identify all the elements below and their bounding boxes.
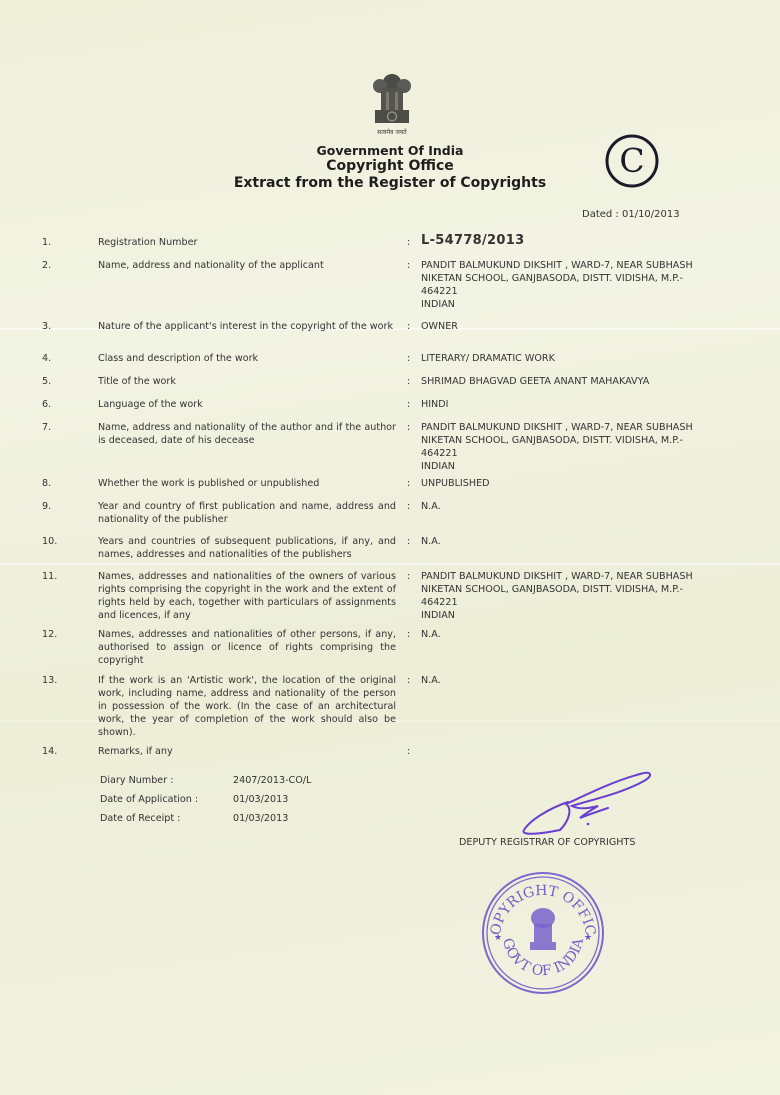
entry-label: Language of the work (98, 398, 396, 411)
entry-value: OWNER (421, 320, 721, 333)
diary-key: Diary Number : (100, 775, 230, 786)
entry-number: 6. (42, 398, 82, 411)
entry-value-line: N.A. (421, 500, 721, 513)
entry-value: UNPUBLISHED (421, 477, 721, 490)
entry-separator: : (407, 236, 410, 249)
entry-number: 11. (42, 570, 82, 583)
entry-number: 5. (42, 375, 82, 388)
entry-value: PANDIT BALMUKUND DIKSHIT , WARD-7, NEAR … (421, 259, 721, 311)
diary-key: Date of Receipt : (100, 813, 230, 824)
entry-number: 1. (42, 236, 82, 249)
entry-value-line: N.A. (421, 674, 721, 687)
entry-label: Name, address and nationality of the app… (98, 259, 396, 272)
entry-separator: : (407, 375, 410, 388)
entry-value-line: OWNER (421, 320, 721, 333)
entry-separator: : (407, 745, 410, 758)
entry-label: Title of the work (98, 375, 396, 388)
entry-value: N.A. (421, 674, 721, 687)
entry-value: N.A. (421, 535, 721, 548)
entry-separator: : (407, 628, 410, 641)
entry-label: Years and countries of subsequent public… (98, 535, 396, 561)
entry-value-line: HINDI (421, 398, 721, 411)
entry-value-line: PANDIT BALMUKUND DIKSHIT , WARD-7, NEAR … (421, 570, 721, 583)
entry-label: Nature of the applicant's interest in th… (98, 320, 396, 333)
entry-label: Year and country of first publication an… (98, 500, 396, 526)
signature-icon (510, 760, 660, 844)
entry-value: N.A. (421, 500, 721, 513)
entry-value-line: N.A. (421, 628, 721, 641)
entry-value-line: SHRIMAD BHAGVAD GEETA ANANT MAHAKAVYA (421, 375, 721, 388)
entry-value-line: UNPUBLISHED (421, 477, 721, 490)
entry-number: 13. (42, 674, 82, 687)
entry-label: Registration Number (98, 236, 396, 249)
entry-number: 14. (42, 745, 82, 758)
entry-label: Names, addresses and nationalities of ot… (98, 628, 396, 667)
registration-number: L-54778/2013 (421, 234, 721, 247)
entry-label: Names, addresses and nationalities of th… (98, 570, 396, 622)
svg-text:C: C (619, 141, 644, 180)
entry-separator: : (407, 477, 410, 490)
entry-number: 2. (42, 259, 82, 272)
entry-number: 8. (42, 477, 82, 490)
signatory-title: DEPUTY REGISTRAR OF COPYRIGHTS (459, 837, 635, 848)
entry-value-line: LITERARY/ DRAMATIC WORK (421, 352, 721, 365)
entry-number: 7. (42, 421, 82, 434)
copyright-symbol-icon: C (604, 133, 660, 193)
diary-value: 01/03/2013 (233, 813, 373, 824)
emblem-motto: सत्यमेव जयते (377, 128, 407, 136)
entry-value-line: NIKETAN SCHOOL, GANJBASODA, DISTT. VIDIS… (421, 583, 721, 596)
national-emblem-icon: सत्यमेव जयते (362, 70, 422, 140)
entry-separator: : (407, 320, 410, 333)
issue-date: Dated : 01/10/2013 (582, 209, 680, 220)
entry-value: N.A. (421, 628, 721, 641)
entry-label: Remarks, if any (98, 745, 396, 758)
entry-number: 3. (42, 320, 82, 333)
entry-separator: : (407, 570, 410, 583)
entry-number: 9. (42, 500, 82, 513)
svg-text:★: ★ (494, 933, 502, 943)
entry-separator: : (407, 352, 410, 365)
entry-separator: : (407, 535, 410, 548)
entry-value: HINDI (421, 398, 721, 411)
entry-value-line: 464221 (421, 447, 721, 460)
entry-value-line: N.A. (421, 535, 721, 548)
entry-value-line: 464221 (421, 285, 721, 298)
entry-number: 4. (42, 352, 82, 365)
entry-value-line: NIKETAN SCHOOL, GANJBASODA, DISTT. VIDIS… (421, 272, 721, 285)
entry-number: 10. (42, 535, 82, 548)
document-title: Extract from the Register of Copyrights (0, 175, 780, 191)
entry-value: SHRIMAD BHAGVAD GEETA ANANT MAHAKAVYA (421, 375, 721, 388)
entry-separator: : (407, 259, 410, 272)
entry-value-line: 464221 (421, 596, 721, 609)
entry-value-line: INDIAN (421, 298, 721, 311)
copyright-office-seal-icon: COPYRIGHT OFFICE GOVT OF INDIA ★ ★ (478, 868, 608, 1002)
paper-fold (0, 563, 780, 565)
entry-label: Class and description of the work (98, 352, 396, 365)
entry-number: 12. (42, 628, 82, 641)
entry-value-line: L-54778/2013 (421, 234, 721, 247)
entry-label: Whether the work is published or unpubli… (98, 477, 396, 490)
entry-label: If the work is an 'Artistic work', the l… (98, 674, 396, 739)
entry-label: Name, address and nationality of the aut… (98, 421, 396, 447)
header-office: Copyright Office (0, 158, 780, 174)
entry-value-line: INDIAN (421, 609, 721, 622)
entry-value-line: PANDIT BALMUKUND DIKSHIT , WARD-7, NEAR … (421, 421, 721, 434)
entry-value: PANDIT BALMUKUND DIKSHIT , WARD-7, NEAR … (421, 570, 721, 622)
entry-value: LITERARY/ DRAMATIC WORK (421, 352, 721, 365)
entry-separator: : (407, 500, 410, 513)
entry-value-line: PANDIT BALMUKUND DIKSHIT , WARD-7, NEAR … (421, 259, 721, 272)
entry-separator: : (407, 421, 410, 434)
svg-text:★: ★ (584, 933, 592, 943)
entry-value: PANDIT BALMUKUND DIKSHIT , WARD-7, NEAR … (421, 421, 721, 473)
header-government: Government Of India (0, 143, 780, 158)
entry-separator: : (407, 398, 410, 411)
diary-value: 01/03/2013 (233, 794, 373, 805)
diary-key: Date of Application : (100, 794, 230, 805)
diary-value: 2407/2013-CO/L (233, 775, 373, 786)
entry-value-line: NIKETAN SCHOOL, GANJBASODA, DISTT. VIDIS… (421, 434, 721, 447)
entry-value-line: INDIAN (421, 460, 721, 473)
entry-separator: : (407, 674, 410, 687)
